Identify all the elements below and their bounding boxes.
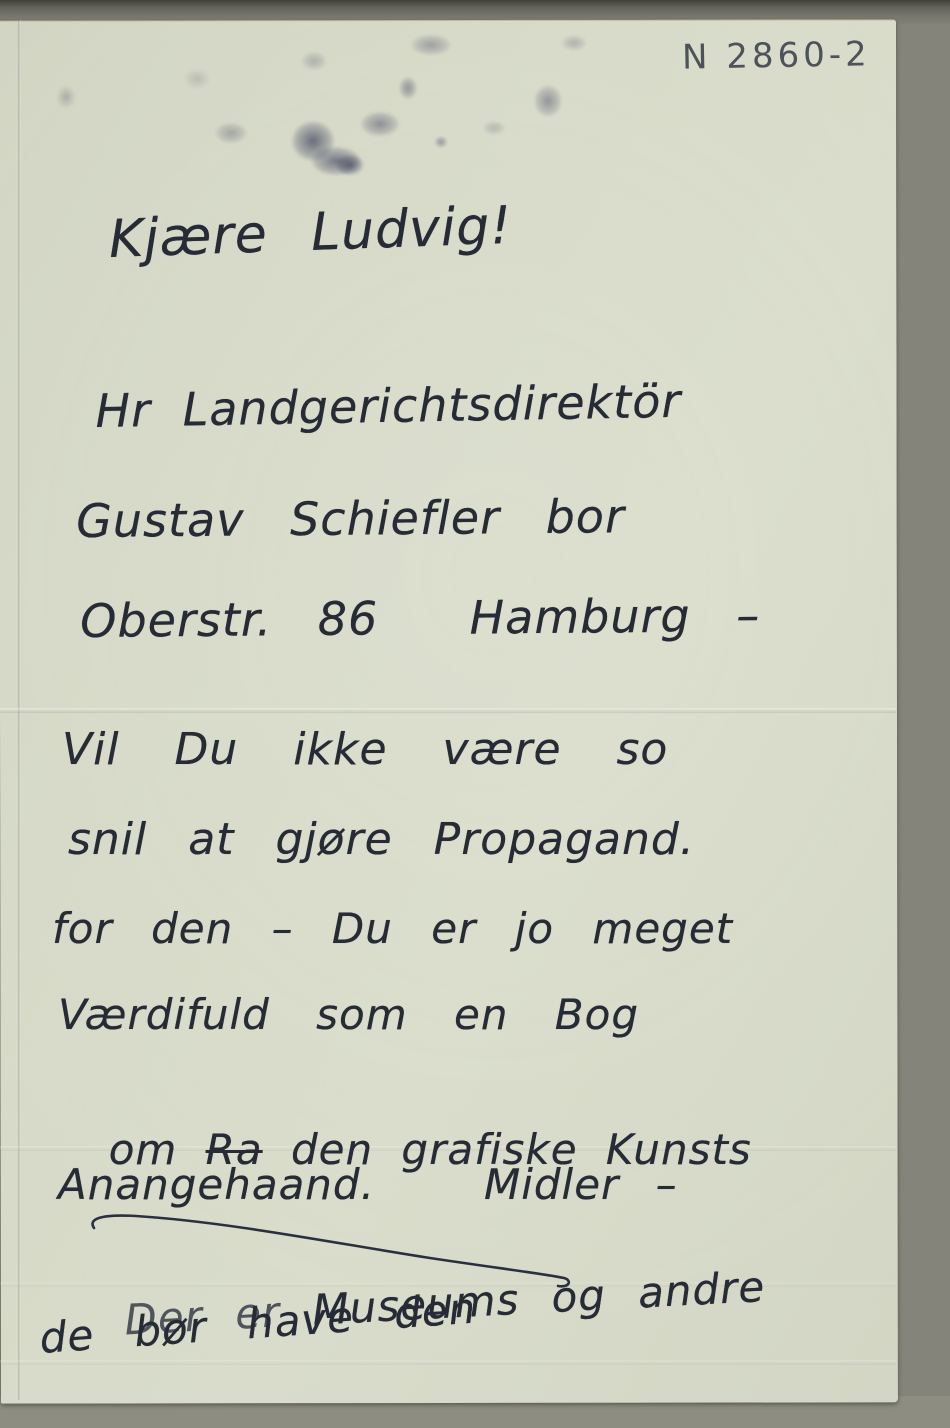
- ink-blot: [52, 80, 80, 114]
- ink-blot: [395, 72, 421, 104]
- ink-blot: [402, 30, 460, 60]
- ink-blot: [352, 106, 408, 142]
- ink-blot: [178, 64, 216, 94]
- letter-line: Vil Du ikke være so: [62, 724, 668, 775]
- letter-line: Hr Landgerichtsdirektör: [95, 374, 682, 438]
- ink-blot: [296, 48, 332, 74]
- letter-line: Gustav Schiefler bor: [76, 489, 625, 548]
- letter-line: for den – Du er jo meget: [52, 904, 733, 953]
- ink-blot: [528, 78, 568, 124]
- letter-line: Anangehaand. Midler –: [58, 1160, 678, 1209]
- letter-line: Oberstr. 86 Hamburg –: [80, 588, 760, 648]
- ink-blot: [330, 150, 370, 180]
- letter-line: Værdifuld som en Bog: [58, 990, 639, 1039]
- ink-blot: [432, 134, 450, 150]
- ink-blot: [556, 32, 592, 54]
- letter-line: snil at gjøre Propagand.: [68, 814, 695, 865]
- ink-blot: [208, 118, 254, 148]
- archival-number: N 2860-2: [682, 34, 871, 77]
- ink-blot: [478, 118, 510, 138]
- fold-crease: [0, 708, 896, 713]
- fold-crease: [0, 1360, 896, 1365]
- background-right: [895, 0, 950, 1428]
- letter-scan: { "meta": { "archival_number": "N 2860-2…: [0, 0, 950, 1428]
